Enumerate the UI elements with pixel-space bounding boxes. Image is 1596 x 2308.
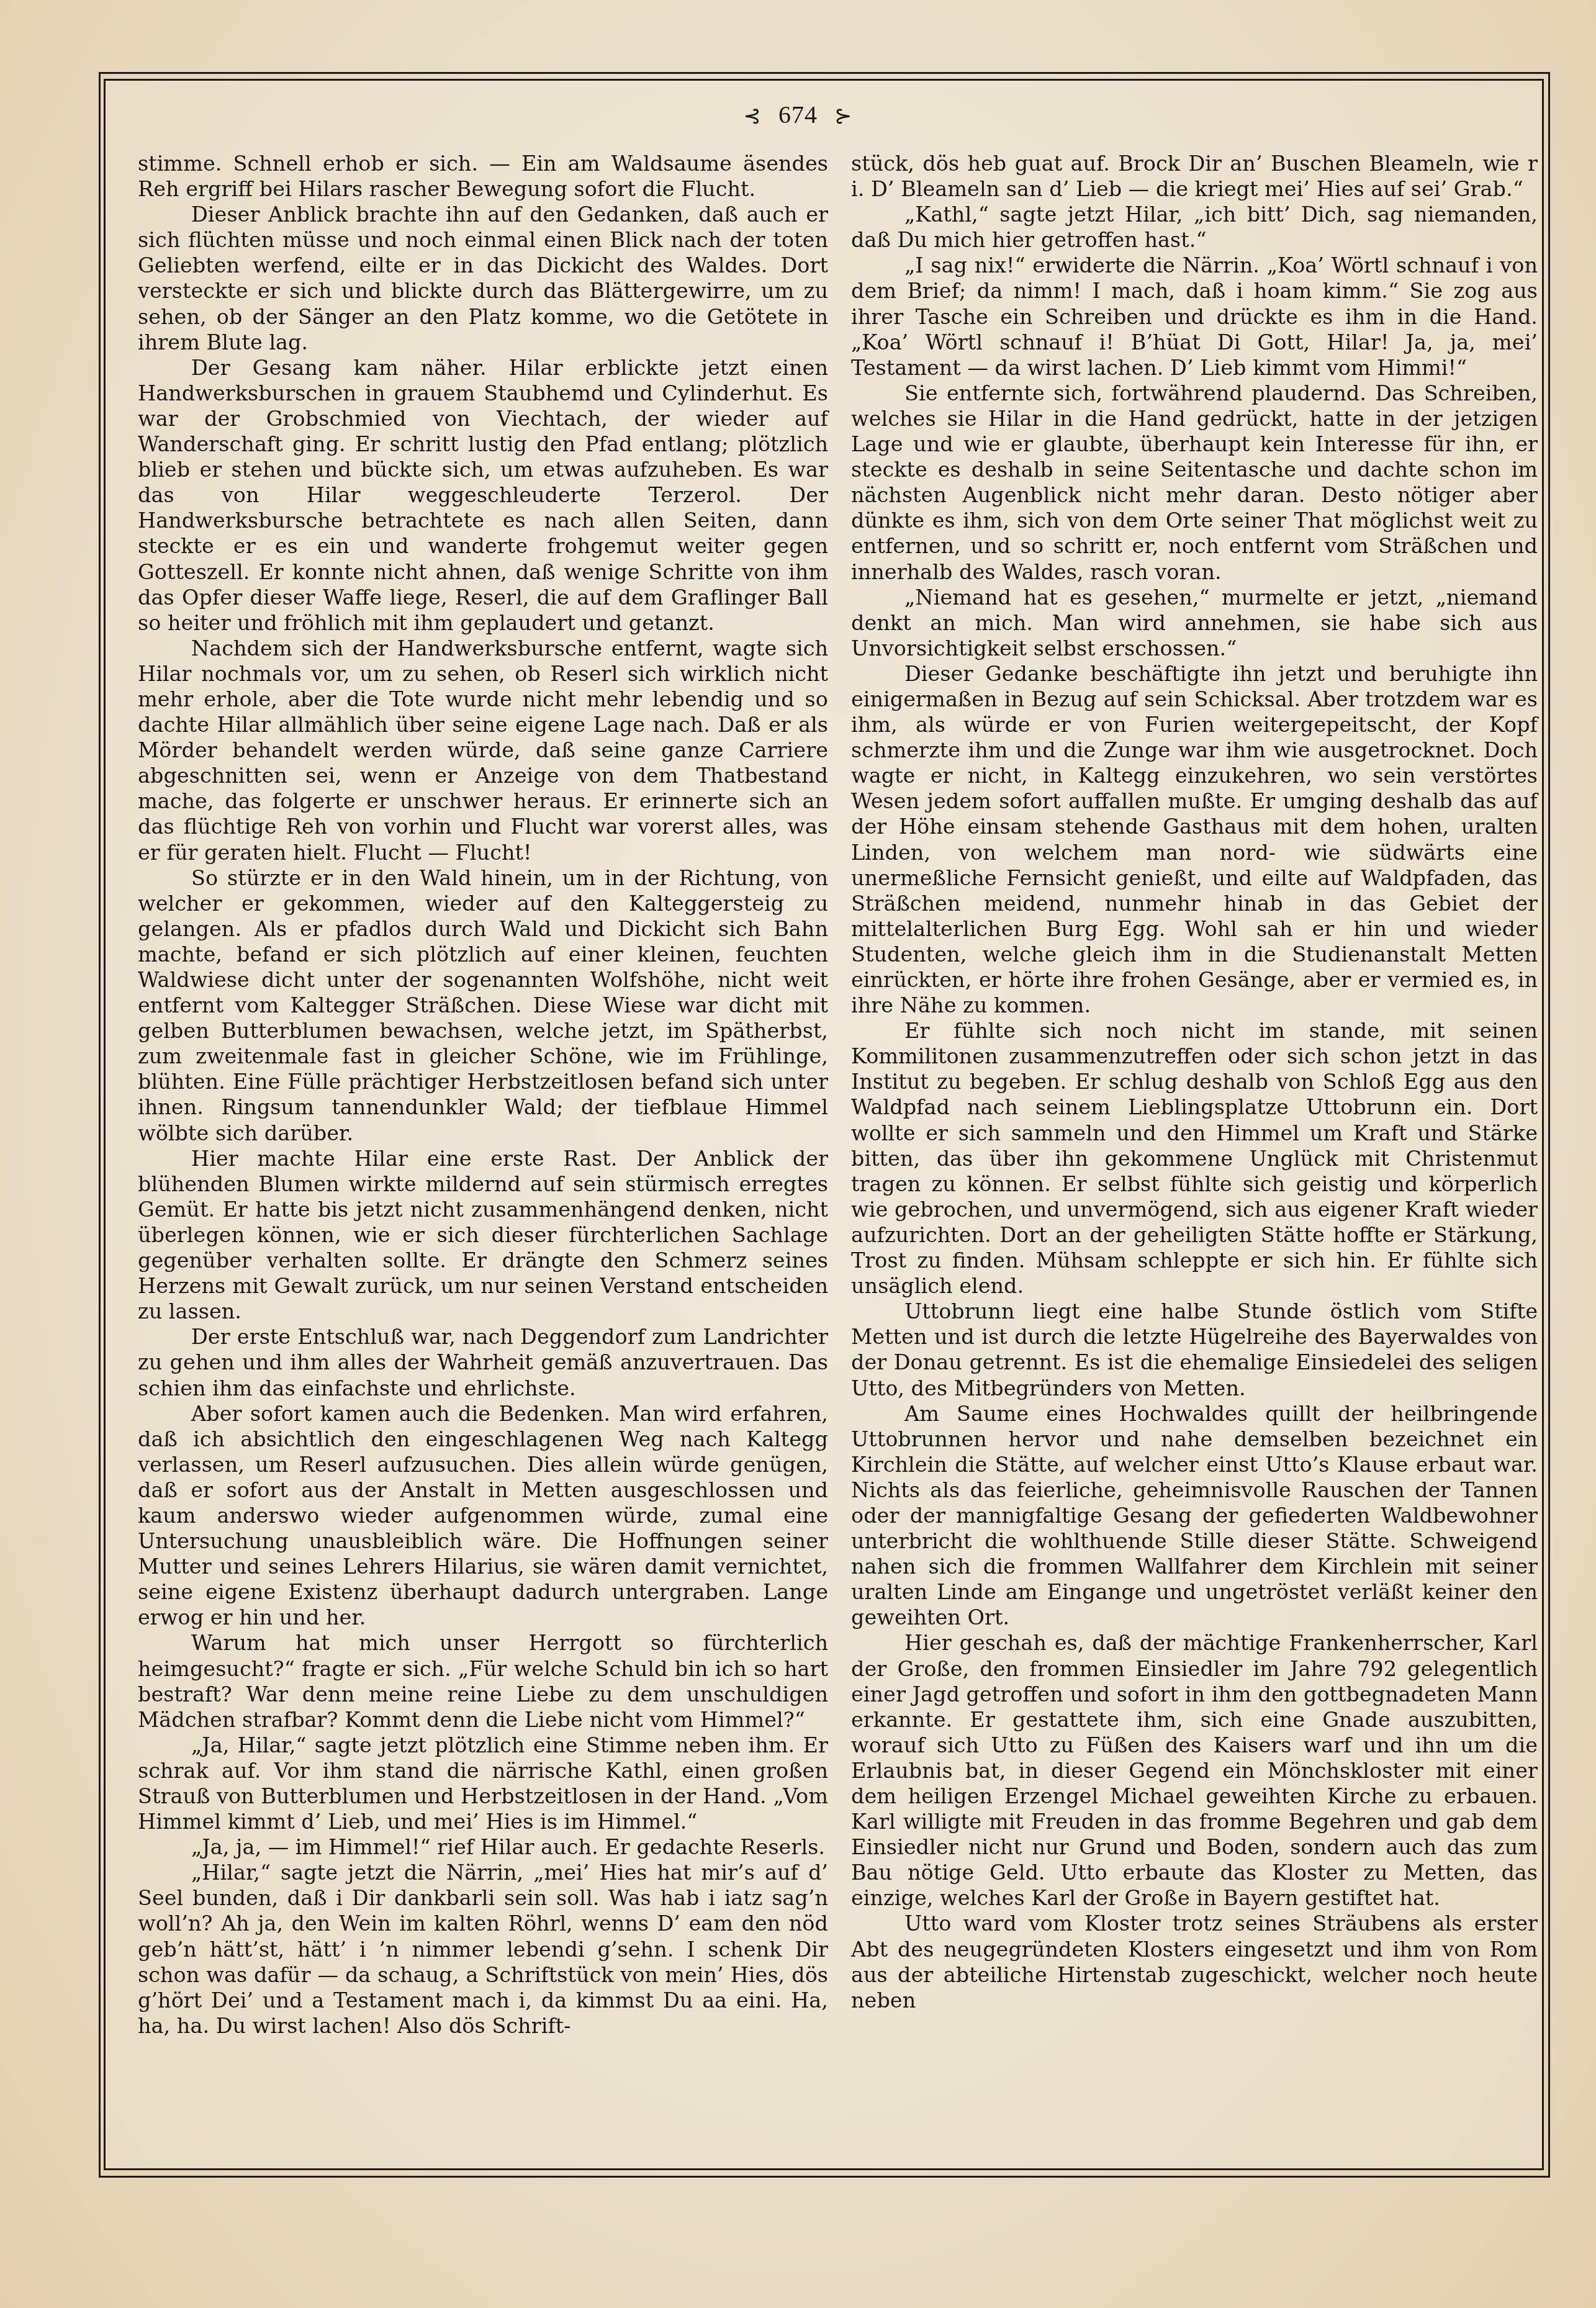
paragraph: Dieser Gedanke beschäftigte ihn jetzt un… — [851, 661, 1538, 1018]
paragraph: Warum hat mich unser Herrgott so fürchte… — [138, 1630, 828, 1732]
paragraph: Er fühlte sich noch nicht im stande, mit… — [851, 1018, 1538, 1299]
paragraph: Sie entfernte sich, fortwährend plaudern… — [851, 381, 1538, 585]
paragraph: So stürzte er in den Wald hinein, um in … — [138, 865, 828, 1146]
paragraph: „Niemand hat es gesehen,“ murmelte er je… — [851, 585, 1538, 661]
paragraph: Hier geschah es, daß der mächtige Franke… — [851, 1630, 1538, 1911]
paragraph: Dieser Anblick brachte ihn auf den Gedan… — [138, 202, 828, 355]
paragraph: Der erste Entschluß war, nach Deggendorf… — [138, 1324, 828, 1400]
paragraph: „Ja, ja, — im Himmel!“ rief Hilar auch. … — [138, 1834, 828, 1860]
paragraph: stück, dös heb guat auf. Brock Dir an’ B… — [851, 151, 1538, 202]
left-column: stimme. Schnell erhob er sich. — Ein am … — [138, 151, 828, 2039]
page-header: ⊰ 674 ⊱ — [0, 99, 1596, 132]
page-number: 674 — [778, 101, 818, 128]
paragraph: „Kathl,“ sagte jetzt Hilar, „ich bitt’ D… — [851, 202, 1538, 253]
paragraph: Utto ward vom Kloster trotz seines Sträu… — [851, 1911, 1538, 2013]
paragraph: Uttobrunn liegt eine halbe Stunde östlic… — [851, 1299, 1538, 1400]
ornament-left-icon: ⊰ — [744, 105, 762, 128]
paragraph: stimme. Schnell erhob er sich. — Ein am … — [138, 151, 828, 202]
paragraph: Aber sofort kamen auch die Bedenken. Man… — [138, 1401, 828, 1631]
paragraph: Am Saume eines Hochwaldes quillt der hei… — [851, 1401, 1538, 1631]
paragraph: „Hilar,“ sagte jetzt die Närrin, „mei’ H… — [138, 1860, 828, 2039]
paragraph: „I sag nix!“ erwiderte die Närrin. „Koa’… — [851, 253, 1538, 380]
right-column: stück, dös heb guat auf. Brock Dir an’ B… — [851, 151, 1538, 2013]
ornament-right-icon: ⊱ — [834, 105, 853, 128]
paragraph: „Ja, Hilar,“ sagte jetzt plötzlich eine … — [138, 1733, 828, 1834]
paragraph: Der Gesang kam näher. Hilar erblickte je… — [138, 355, 828, 636]
paragraph: Hier machte Hilar eine erste Rast. Der A… — [138, 1146, 828, 1325]
paragraph: Nachdem sich der Handwerksbursche entfer… — [138, 636, 828, 865]
